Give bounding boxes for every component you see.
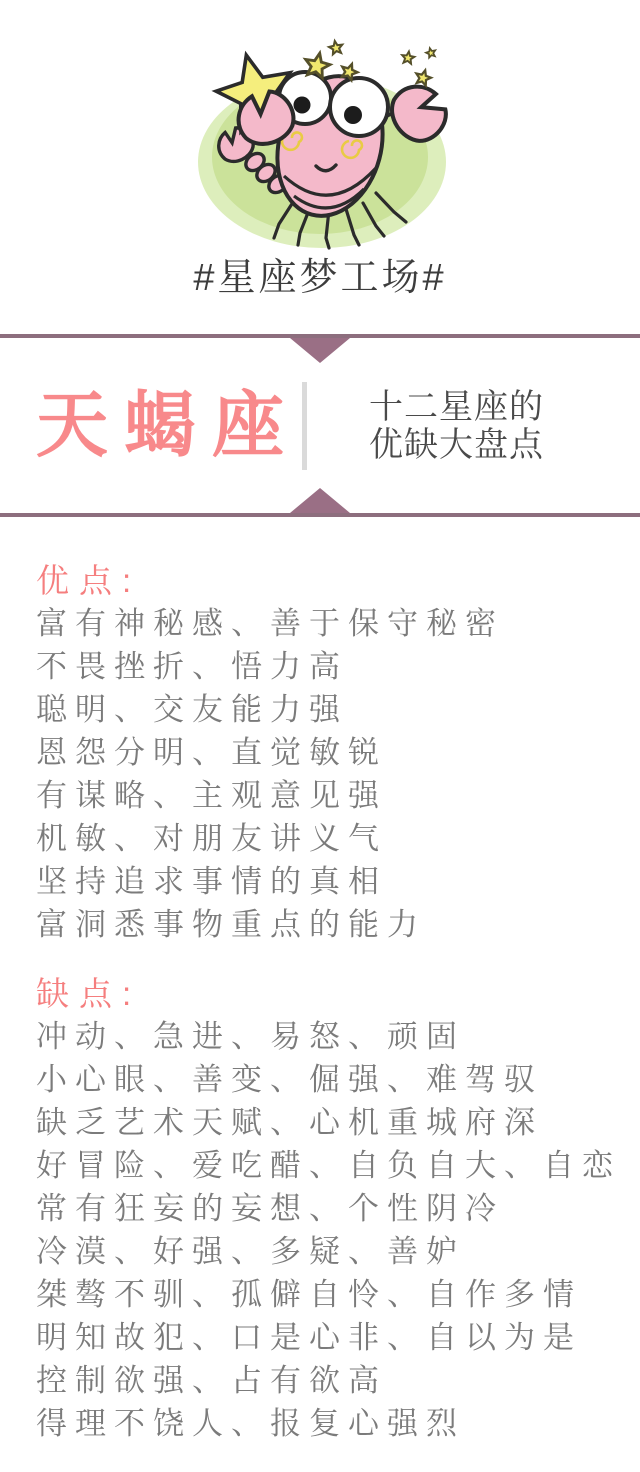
- pros-heading: 优点:: [36, 559, 640, 602]
- up-triangle-decoration: [290, 488, 350, 513]
- zodiac-subtitle: 十二星座的 优缺大盘点: [369, 388, 544, 464]
- top-rule: [0, 334, 640, 338]
- cons-item: 好冒险、爱吃醋、自负自大、自恋: [36, 1144, 640, 1187]
- cons-item: 冲动、急进、易怒、顽固: [36, 1015, 640, 1058]
- pros-item: 富有神秘感、善于保守秘密: [36, 602, 640, 645]
- hero-section: #星座梦工场#: [0, 0, 640, 298]
- poster-page: #星座梦工场# 天蝎座 十二星座的 优缺大盘点 优点: 富有神秘感、善于保守秘密…: [0, 0, 640, 1472]
- pros-item: 不畏挫折、悟力高: [36, 645, 640, 688]
- pros-item: 机敏、对朋友讲义气: [36, 817, 640, 860]
- cons-section: 缺点: 冲动、急进、易怒、顽固 小心眼、善变、倔强、难驾驭 缺乏艺术天赋、心机重…: [36, 972, 640, 1445]
- bottom-rule: [0, 513, 640, 517]
- scorpion-cartoon-icon: [180, 26, 460, 258]
- zodiac-name: 天蝎座: [36, 390, 300, 462]
- cons-heading: 缺点:: [36, 972, 640, 1015]
- subtitle-line-2: 优缺大盘点: [369, 426, 544, 464]
- traits-content: 优点: 富有神秘感、善于保守秘密 不畏挫折、悟力高 聪明、交友能力强 恩怨分明、…: [0, 517, 640, 1445]
- cons-item: 控制欲强、占有欲高: [36, 1359, 640, 1402]
- vertical-divider: [302, 382, 307, 470]
- pros-item: 坚持追求事情的真相: [36, 860, 640, 903]
- pros-section: 优点: 富有神秘感、善于保守秘密 不畏挫折、悟力高 聪明、交友能力强 恩怨分明、…: [36, 559, 640, 946]
- subtitle-line-1: 十二星座的: [369, 388, 544, 426]
- down-triangle-decoration: [290, 338, 350, 363]
- pros-item: 有谋略、主观意见强: [36, 774, 640, 817]
- cons-item: 明知故犯、口是心非、自以为是: [36, 1316, 640, 1359]
- pros-item: 恩怨分明、直觉敏锐: [36, 731, 640, 774]
- cons-item: 常有狂妄的妄想、个性阴冷: [36, 1187, 640, 1230]
- hashtag-title: #星座梦工场#: [0, 258, 640, 298]
- cons-item: 桀骜不驯、孤僻自怜、自作多情: [36, 1273, 640, 1316]
- cons-item: 得理不饶人、报复心强烈: [36, 1402, 640, 1445]
- zodiac-header: 天蝎座 十二星座的 优缺大盘点: [0, 338, 640, 513]
- cons-item: 冷漠、好强、多疑、善妒: [36, 1230, 640, 1273]
- cons-item: 缺乏艺术天赋、心机重城府深: [36, 1101, 640, 1144]
- cons-item: 小心眼、善变、倔强、难驾驭: [36, 1058, 640, 1101]
- pros-item: 聪明、交友能力强: [36, 688, 640, 731]
- pros-item: 富洞悉事物重点的能力: [36, 903, 640, 946]
